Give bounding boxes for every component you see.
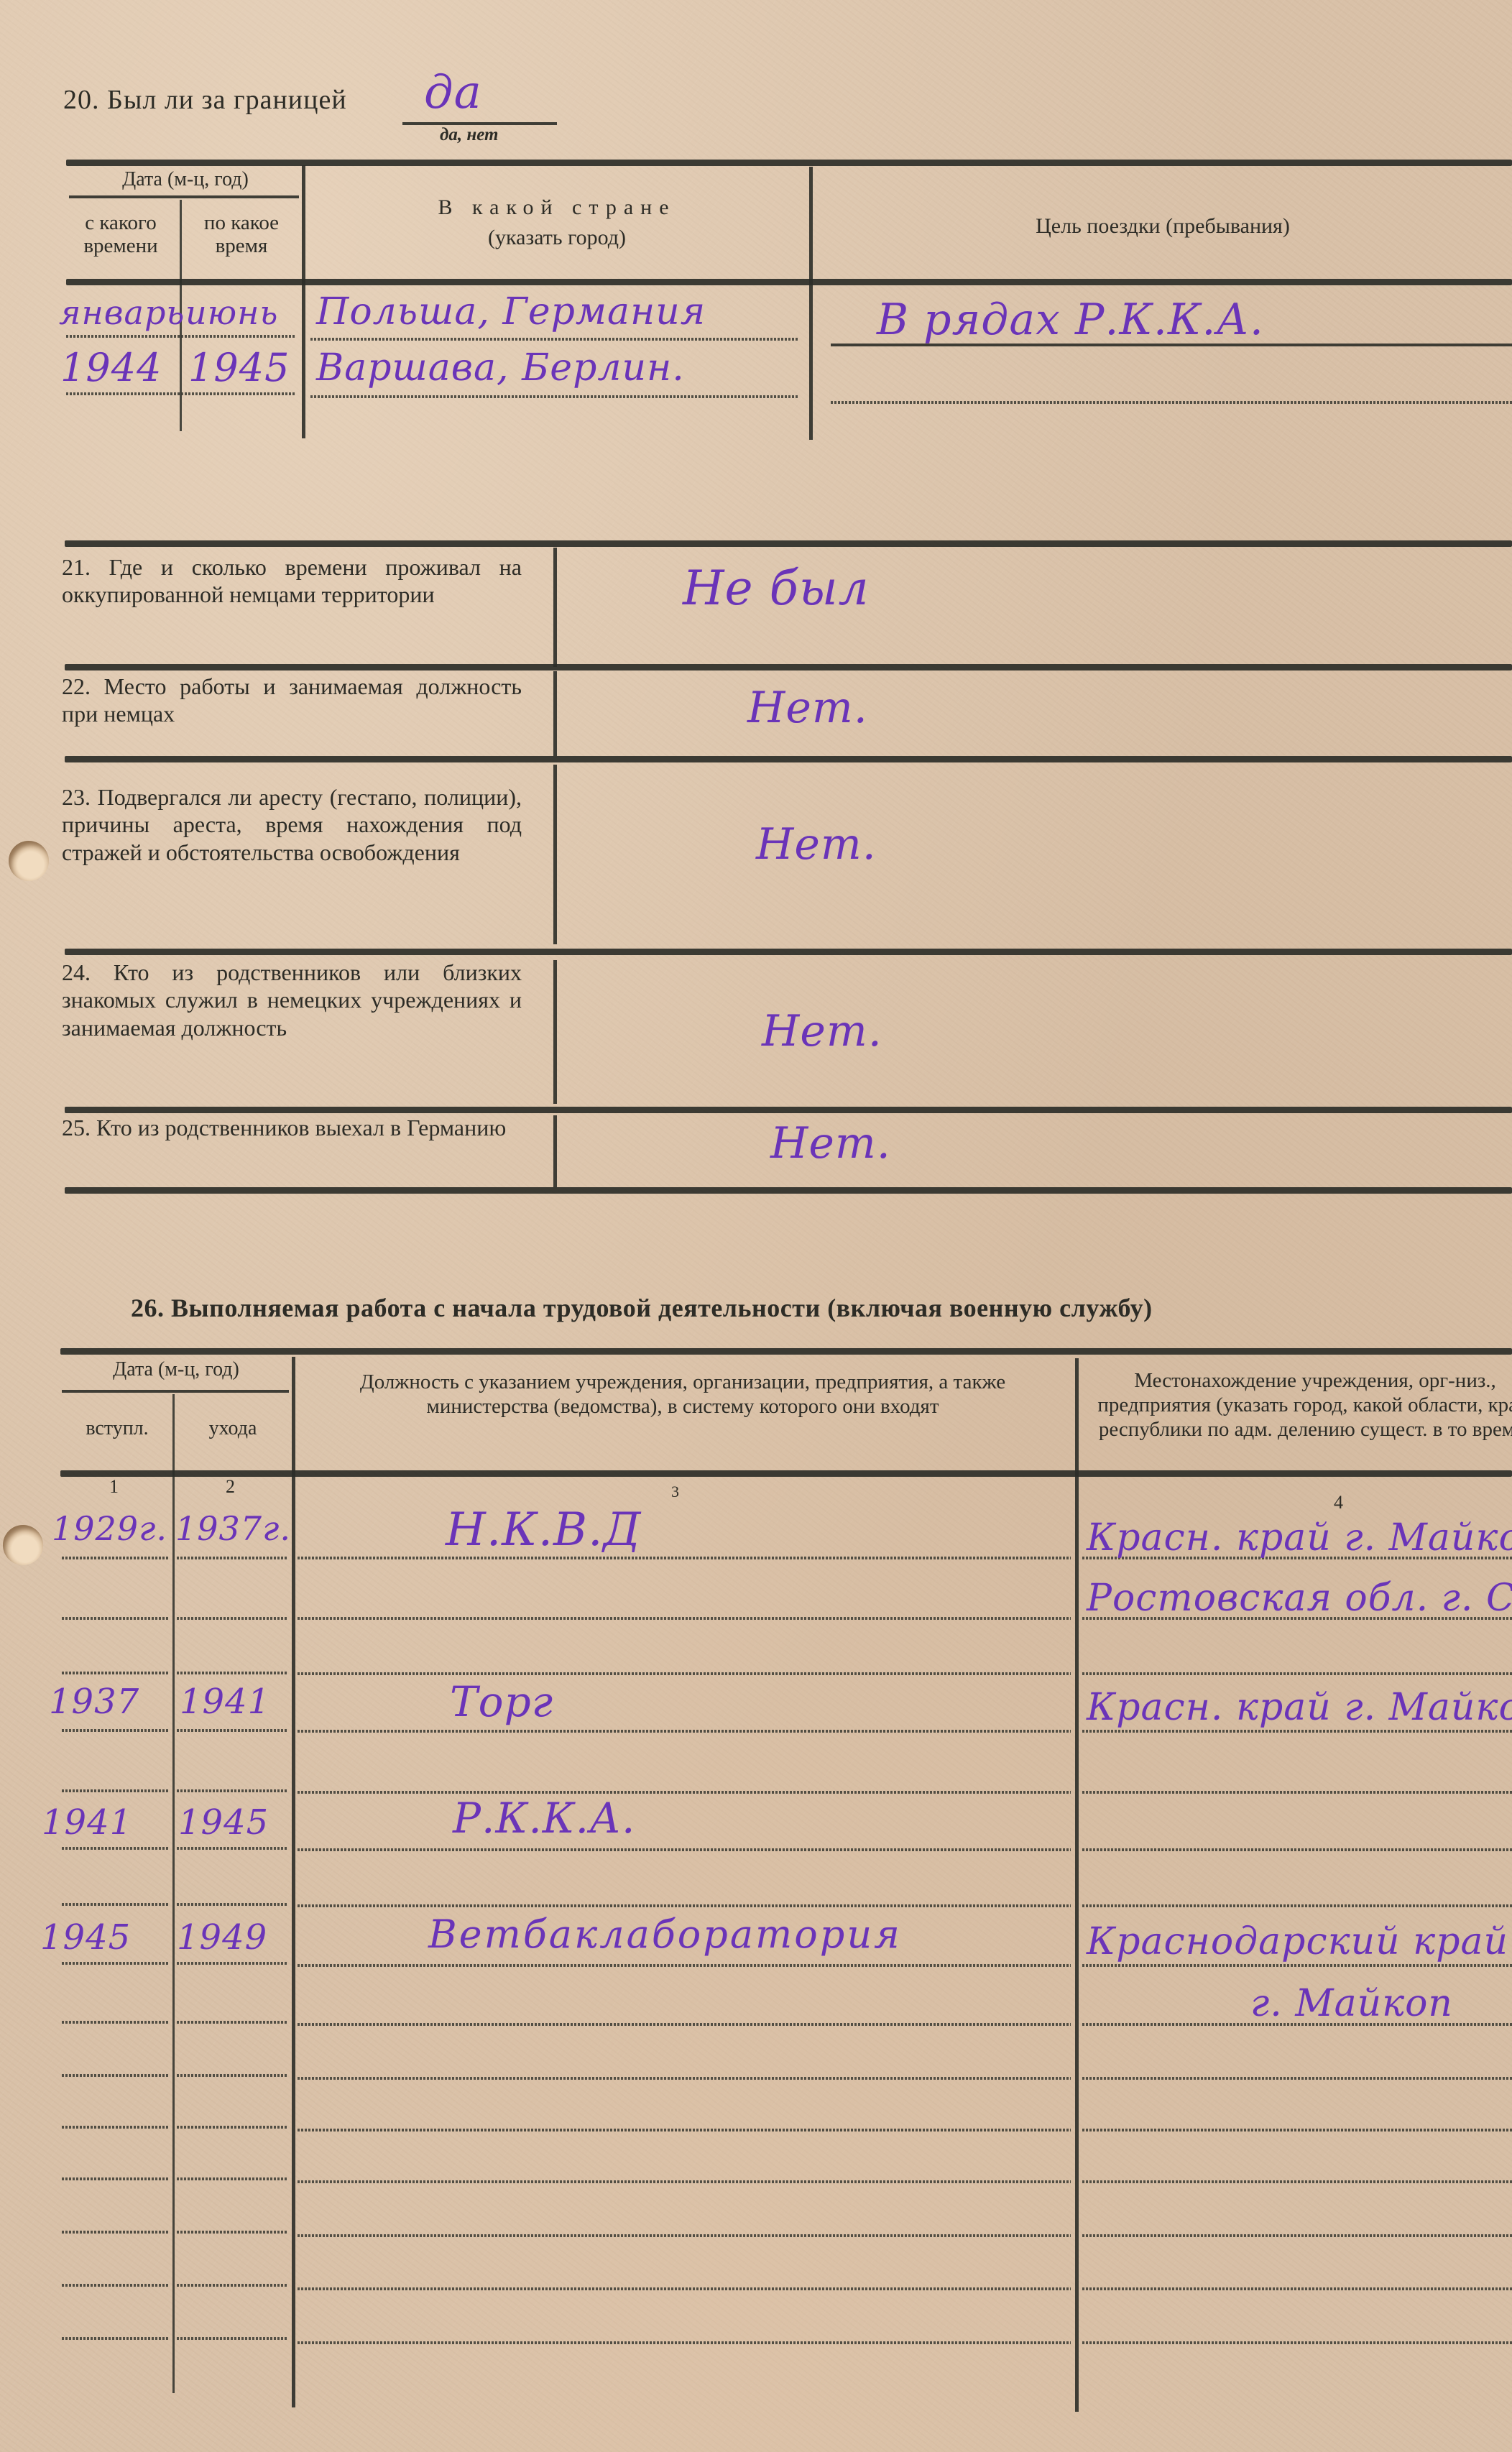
- question-label: 24. Кто из родственников или близких зна…: [62, 959, 522, 1041]
- q26-header-in: вступл.: [62, 1417, 172, 1439]
- ruled-line: [298, 2341, 1071, 2344]
- q26-col-number-2: 2: [226, 1476, 235, 1497]
- q20-col-divider-1: [302, 165, 305, 438]
- questions-col-divider-e: [553, 1115, 557, 1187]
- ruled-line: [298, 2287, 1071, 2290]
- work-end[interactable]: 1949: [177, 1917, 267, 1958]
- ruled-line: [177, 2284, 287, 2287]
- ruled-line: [1082, 1904, 1512, 1907]
- ruled-line: [1082, 2129, 1512, 2131]
- ruled-line: [177, 1672, 287, 1674]
- ruled-line: [1082, 2077, 1512, 2080]
- ruled-line: [62, 2021, 170, 2024]
- q26-date-divider: [172, 1394, 175, 2393]
- work-location-line1[interactable]: Красн. край г. Майкоп: [1087, 1686, 1512, 1729]
- q20-header-purpose: Цель поездки (пребывания): [813, 214, 1512, 239]
- ruled-line: [298, 1730, 1071, 1733]
- work-start[interactable]: 1929г.: [52, 1509, 167, 1548]
- work-end[interactable]: 1945: [178, 1802, 269, 1843]
- q26-header-date-group: Дата (м-ц, год): [62, 1358, 290, 1381]
- work-start[interactable]: 1937: [49, 1682, 139, 1722]
- q20-from-year[interactable]: 1944: [60, 345, 162, 390]
- ruled-line: [1082, 1730, 1512, 1733]
- q26-header-position: Должность с указанием учреждения, органи…: [359, 1370, 1006, 1419]
- binder-hole-bottom: [3, 1525, 43, 1565]
- q20-country-line2[interactable]: Варшава, Берлин.: [316, 346, 685, 390]
- q26-header-location: Местонахождение учреждения, орг-низ., пр…: [1078, 1368, 1512, 1442]
- q20-table-top-rule: [66, 160, 1512, 166]
- ruled-line: [62, 1847, 170, 1850]
- binder-hole-top: [9, 841, 49, 881]
- ruled-line: [298, 1848, 1071, 1851]
- q23-top-rule: [65, 756, 1512, 762]
- q20-from-month[interactable]: январь: [59, 293, 185, 332]
- ruled-line: [177, 1847, 287, 1850]
- ruled-line: [62, 2231, 170, 2234]
- q20-date-group-rule: [69, 195, 299, 198]
- question-label: 23. Подвергался ли аресту (гестапо, поли…: [62, 783, 522, 866]
- ruled-line: [298, 1964, 1071, 1967]
- q26-col-number-1: 1: [109, 1476, 119, 1497]
- work-position[interactable]: Н.К.В.Д: [446, 1503, 641, 1557]
- question-answer[interactable]: Нет.: [747, 683, 868, 733]
- q26-title: 26. Выполняемая работа с начала трудовой…: [131, 1294, 1153, 1322]
- ruled-line: [1082, 1791, 1512, 1794]
- q20-row-line-1a: [66, 335, 295, 338]
- questions-col-divider-c: [553, 765, 557, 944]
- questions-col-divider-a: [553, 548, 557, 667]
- ruled-line: [62, 2337, 170, 2340]
- ruled-line: [62, 2126, 170, 2129]
- question-answer[interactable]: Не был: [683, 561, 870, 616]
- ruled-line: [1082, 2287, 1512, 2290]
- ruled-line: [177, 1962, 287, 1965]
- q26-col-number-4: 4: [1334, 1492, 1343, 1513]
- ruled-line: [177, 1617, 287, 1620]
- ruled-line: [62, 2284, 170, 2287]
- ruled-line: [298, 1672, 1071, 1675]
- ruled-line: [1082, 1848, 1512, 1851]
- ruled-line: [298, 2180, 1071, 2183]
- q20-table-header-rule: [66, 279, 1512, 285]
- work-position[interactable]: Ветбаклаборатория: [428, 1912, 902, 1957]
- ruled-line: [298, 1617, 1071, 1620]
- q21-top-rule: [65, 540, 1512, 547]
- q20-country-line1[interactable]: Польша, Германия: [316, 290, 706, 333]
- q20-header-from: с какого времени: [62, 211, 180, 258]
- q20-row-line-2b: [310, 395, 799, 398]
- ruled-line: [62, 2074, 170, 2077]
- question-answer[interactable]: Нет.: [770, 1118, 891, 1169]
- ruled-line: [62, 1962, 170, 1965]
- q20-to-year[interactable]: 1945: [188, 345, 290, 390]
- q20-to-month[interactable]: июнь: [185, 293, 278, 332]
- q20-header-country-sub: (указать город): [309, 226, 805, 250]
- q26-table-header-rule: [60, 1470, 1512, 1477]
- ruled-line: [177, 1789, 287, 1792]
- questions-col-divider-b: [553, 671, 557, 756]
- ruled-line: [62, 1789, 170, 1792]
- q20-purpose[interactable]: В рядах Р.К.К.А.: [877, 295, 1264, 345]
- q20-label: 20. Был ли за границей: [63, 85, 347, 116]
- question-answer[interactable]: Нет.: [762, 1006, 882, 1056]
- q26-table-top-rule: [60, 1348, 1512, 1355]
- ruled-line: [177, 1729, 287, 1732]
- q20-row-line-1b: [310, 338, 799, 341]
- question-label: 22. Место работы и занимаемая должность …: [62, 673, 522, 728]
- ruled-line: [177, 2126, 287, 2129]
- ruled-line: [1082, 1672, 1512, 1675]
- q20-header-date-group: Дата (м-ц, год): [72, 168, 299, 190]
- work-location-line2[interactable]: г. Майкоп: [1250, 1982, 1453, 2025]
- q26-header-out: ухода: [175, 1417, 290, 1439]
- ruled-line: [62, 2177, 170, 2180]
- q20-col-divider-2: [809, 167, 813, 440]
- q20-purpose-line-1: [831, 344, 1512, 346]
- ruled-line: [1082, 2234, 1512, 2237]
- ruled-line: [1082, 2180, 1512, 2183]
- ruled-line: [62, 1617, 170, 1620]
- ruled-line: [298, 1557, 1071, 1559]
- ruled-line: [298, 2129, 1071, 2131]
- ruled-line: [298, 2023, 1071, 2026]
- work-start[interactable]: 1941: [42, 1802, 132, 1843]
- work-location-line1[interactable]: Краснодарский край: [1087, 1920, 1508, 1963]
- ruled-line: [298, 1904, 1071, 1907]
- ruled-line: [62, 1729, 170, 1732]
- ruled-line: [177, 1557, 287, 1559]
- q20-row-line-2a: [66, 392, 295, 395]
- ruled-line: [62, 1557, 170, 1559]
- q26-col-number-3: 3: [671, 1483, 679, 1501]
- ruled-line: [177, 2177, 287, 2180]
- work-start[interactable]: 1945: [40, 1917, 131, 1958]
- ruled-line: [177, 2337, 287, 2340]
- work-position[interactable]: Торг: [450, 1677, 553, 1726]
- ruled-line: [177, 2231, 287, 2234]
- ruled-line: [177, 1903, 287, 1906]
- q25-top-rule: [65, 1107, 1512, 1113]
- q26-col-divider-2: [1075, 1358, 1079, 2412]
- work-end[interactable]: 1941: [180, 1682, 270, 1722]
- ruled-line: [1082, 2341, 1512, 2344]
- q25-bottom-rule: [65, 1187, 1512, 1194]
- ruled-line: [298, 1791, 1071, 1794]
- q20-purpose-line-2: [831, 401, 1512, 404]
- question-answer[interactable]: Нет.: [756, 819, 877, 870]
- q26-date-group-rule: [62, 1390, 289, 1393]
- work-end[interactable]: 1937г.: [175, 1509, 291, 1548]
- q20-header-country: В какой стране: [309, 195, 805, 220]
- q20-answer[interactable]: да: [424, 66, 482, 119]
- q20-header-to: по какое время: [181, 211, 302, 258]
- work-location-line2[interactable]: Ростовская обл. г. Сальск: [1087, 1577, 1512, 1620]
- ruled-line: [177, 2021, 287, 2024]
- ruled-line: [62, 1672, 170, 1674]
- q26-col-divider-1: [292, 1357, 295, 2407]
- ruled-line: [177, 2074, 287, 2077]
- q24-top-rule: [65, 949, 1512, 955]
- work-location-line1[interactable]: Красн. край г. Майкоп: [1087, 1516, 1512, 1559]
- question-label: 21. Где и сколько времени проживал на ок…: [62, 553, 522, 609]
- ruled-line: [298, 2077, 1071, 2080]
- ruled-line: [62, 1903, 170, 1906]
- ruled-line: [298, 2234, 1071, 2237]
- question-label: 25. Кто из родственников выехал в Герман…: [62, 1114, 522, 1141]
- q22-top-rule: [65, 664, 1512, 670]
- questions-col-divider-d: [553, 960, 557, 1104]
- q20-hint: да, нет: [440, 125, 499, 145]
- work-position[interactable]: Р.К.К.А.: [453, 1794, 635, 1843]
- ruled-line: [1082, 1964, 1512, 1967]
